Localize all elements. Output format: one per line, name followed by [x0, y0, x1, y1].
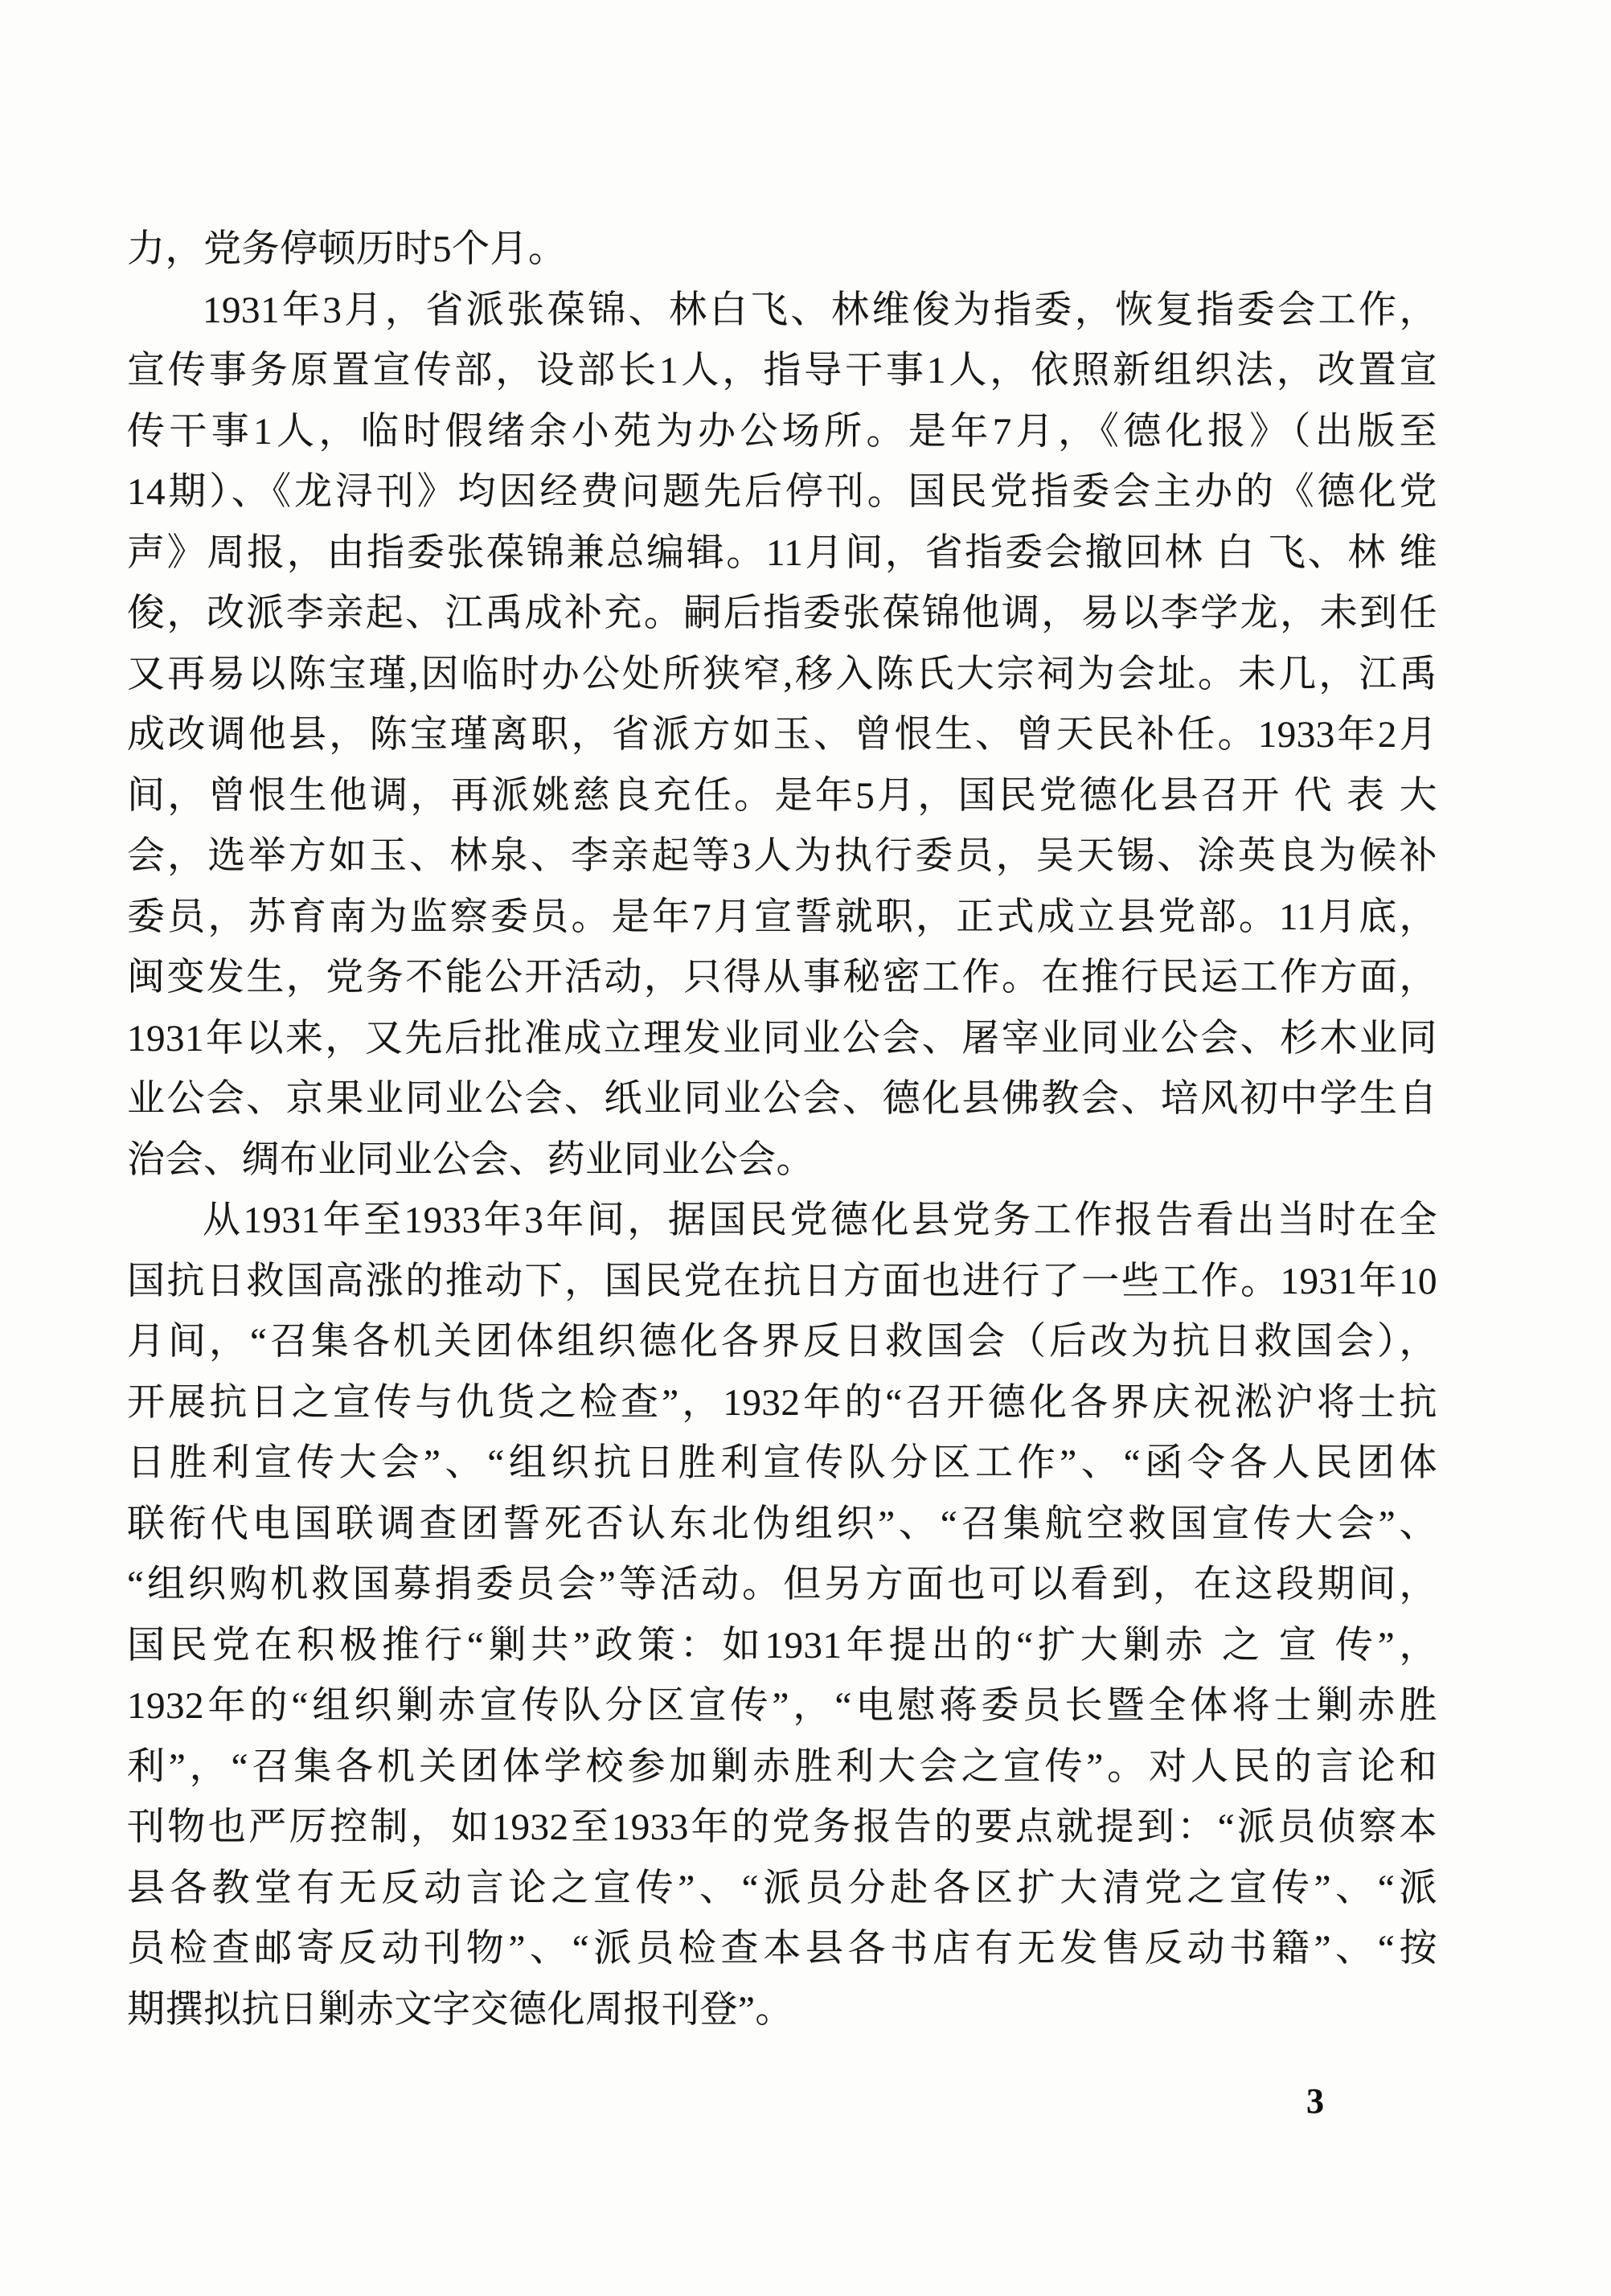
text-line: 1931年以来，又先后批准成立理发业同业公会、屠宰业同业公会、杉木业同: [127, 1009, 1437, 1070]
text-line: 利”，“召集各机关团体学校参加剿赤胜利大会之宣传”。对人民的言论和: [127, 1737, 1437, 1798]
text-line: 间，曾恨生他调，再派姚慈良充任。是年5月，国民党德化县召开 代 表 大: [127, 766, 1437, 827]
text-line: 期撰拟抗日剿赤文字交德化周报刊登”。: [127, 1980, 1437, 2041]
text-line: 县各教堂有无反动言论之宣传”、“派员分赴各区扩大清党之宣传”、“派: [127, 1859, 1437, 1920]
text-line: 声》周报，由指委张葆锦兼总编辑。11月间，省指委会撤回林 白 飞、林 维: [127, 523, 1437, 584]
text-line: 月间，“召集各机关团体组织德化各界反日救国会（后改为抗日救国会），: [127, 1312, 1437, 1373]
text-line: 国民党在积极推行“剿共”政策：如1931年提出的“扩大剿赤 之 宣 传”，: [127, 1616, 1437, 1677]
text-line: 又再易以陈宝瑾,因临时办公处所狭窄,移入陈氏大宗祠为会址。未几，江禹: [127, 645, 1437, 706]
text-line: 委员，苏育南为监察委员。是年7月宣誓就职，正式成立县党部。11月底，: [127, 888, 1437, 949]
text-line: 1932年的“组织剿赤宣传队分区宣传”，“电慰蒋委员长暨全体将士剿赤胜: [127, 1676, 1437, 1737]
text-line: 联衔代电国联调查团誓死否认东北伪组织”、“召集航空救国宣传大会”、: [127, 1494, 1437, 1556]
text-line: 员检查邮寄反动刊物”、“派员检查本县各书店有无发售反动书籍”、“按: [127, 1919, 1437, 1980]
text-line: “组织购机救国募捐委员会”等活动。但另方面也可以看到，在这段期间，: [127, 1555, 1437, 1616]
text-line: 日胜利宣传大会”、“组织抗日胜利宣传队分区工作”、“函令各人民团体: [127, 1433, 1437, 1494]
text-line: 1931年3月，省派张葆锦、林白飞、林维俊为指委，恢复指委会工作，: [127, 281, 1437, 342]
page-number: 3: [1306, 2081, 1324, 2122]
text-line: 宣传事务原置宣传部，设部长1人，指导干事1人，依照新组织法，改置宣: [127, 341, 1437, 402]
text-line: 刊物也严厉控制，如1932至1933年的党务报告的要点就提到：“派员侦察本: [127, 1798, 1437, 1859]
text-line: 俊，改派李亲起、江禹成补充。嗣后指委张葆锦他调，易以李学龙，未到任: [127, 584, 1437, 645]
text-line: 14期）、《龙浔刊》均因经费问题先后停刊。国民党指委会主办的《德化党: [127, 462, 1437, 523]
text-block: 力，党务停顿历时5个月。1931年3月，省派张葆锦、林白飞、林维俊为指委，恢复指…: [127, 219, 1437, 2040]
text-line: 力，党务停顿历时5个月。: [127, 219, 1437, 281]
text-line: 治会、绸布业同业公会、药业同业公会。: [127, 1130, 1437, 1191]
text-line: 业公会、京果业同业公会、纸业同业公会、德化县佛教会、培风初中学生自: [127, 1069, 1437, 1130]
text-line: 传干事1人，临时假绪余小苑为办公场所。是年7月，《德化报》（出版至: [127, 402, 1437, 463]
text-line: 成改调他县，陈宝瑾离职，省派方如玉、曾恨生、曾天民补任。1933年2月: [127, 705, 1437, 766]
text-line: 国抗日救国高涨的推动下，国民党在抗日方面也进行了一些工作。1931年10: [127, 1252, 1437, 1313]
text-line: 闽变发生，党务不能公开活动，只得从事秘密工作。在推行民运工作方面，: [127, 948, 1437, 1009]
document-page: 力，党务停顿历时5个月。1931年3月，省派张葆锦、林白飞、林维俊为指委，恢复指…: [0, 0, 1611, 2296]
text-line: 开展抗日之宣传与仇货之检查”，1932年的“召开德化各界庆祝淞沪将士抗: [127, 1373, 1437, 1434]
text-line: 会，选举方如玉、林泉、李亲起等3人为执行委员，吴天锡、涂英良为候补: [127, 826, 1437, 888]
text-line: 从1931年至1933年3年间，据国民党德化县党务工作报告看出当时在全: [127, 1191, 1437, 1252]
